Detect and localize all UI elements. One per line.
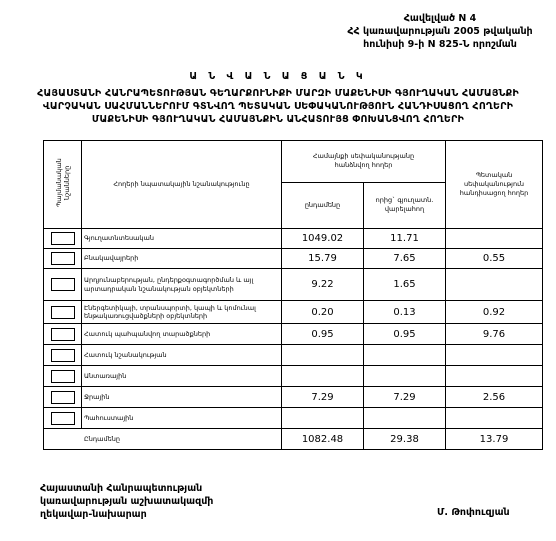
land-purpose: Բնակավայրերի	[82, 249, 282, 269]
area-of-which: 11.71	[364, 229, 446, 249]
legend-symbol-cell	[44, 301, 82, 324]
land-purpose: Գյուղատնտեսական	[82, 229, 282, 249]
area-state	[446, 345, 543, 366]
legend-swatch-icon	[51, 306, 75, 319]
area-total: 9.22	[282, 269, 364, 301]
header-symbols: Պայմանական նշանները	[44, 141, 82, 229]
table-row: Պահուստային	[44, 408, 543, 429]
signer-line-1: Հայաստանի Հանրապետության	[40, 482, 213, 495]
legend-swatch-icon	[51, 412, 75, 425]
annex-decree-date: հունիսի 9-ի N 825-Ն որոշման	[340, 38, 540, 51]
legend-symbol-cell	[44, 324, 82, 345]
signer-line-2: կառավարության աշխատակազմի	[40, 495, 213, 508]
totals-of-which: 29.38	[364, 429, 446, 450]
legend-symbol-cell	[44, 366, 82, 387]
area-state	[446, 229, 543, 249]
land-purpose: Ջրային	[82, 387, 282, 408]
totals-row: Ընդամենը 1082.48 29.38 13.79	[44, 429, 543, 450]
legend-swatch-icon	[51, 252, 75, 265]
area-total: 1049.02	[282, 229, 364, 249]
document-title: Ա Ն Վ Ա Ն Ա Ց Ա Ն Կ ՀԱՅԱՍՏԱՆԻ ՀԱՆՐԱՊԵՏՈՒ…	[0, 70, 556, 126]
land-purpose: Պահուստային	[82, 408, 282, 429]
header-total: ընդամենը	[282, 182, 364, 228]
land-purpose: Հատուկ նշանակության	[82, 345, 282, 366]
legend-swatch-icon	[51, 328, 75, 341]
land-table: Պայմանական նշանները Հողերի նպատակային նշ…	[43, 140, 543, 450]
legend-swatch-icon	[51, 232, 75, 245]
area-state	[446, 408, 543, 429]
legend-symbol-cell	[44, 408, 82, 429]
totals-label: Ընդամենը	[44, 429, 282, 450]
table-row: Էներգետիկայի, տրանսպորտի, կապի և կոմունա…	[44, 301, 543, 324]
legend-symbol-cell	[44, 249, 82, 269]
annex-decree-line: ՀՀ կառավարության 2005 թվականի	[340, 25, 540, 38]
area-total: 0.20	[282, 301, 364, 324]
signer-name: Մ. Թոփուզյան	[437, 507, 510, 518]
title-line-2: ՎԱՐՉԱԿԱՆ ՍԱՀՄԱՆՆԵՐՈՒՄ ԳՏՆՎՈՂ ՊԵՏԱԿԱՆ ՍԵՓ…	[0, 100, 556, 113]
title-line-1: ՀԱՅԱՍՏԱՆԻ ՀԱՆՐԱՊԵՏՈՒԹՅԱՆ ԳԵՂԱՐՔՈՒՆԻՔԻ ՄԱ…	[0, 87, 556, 100]
table-row: Բնակավայրերի15.797.650.55	[44, 249, 543, 269]
annex-reference: Հավելված N 4 ՀՀ կառավարության 2005 թվակա…	[340, 12, 540, 51]
legend-symbol-cell	[44, 269, 82, 301]
header-of-which: որից` գյուղատն. վարելահող	[364, 182, 446, 228]
area-of-which	[364, 408, 446, 429]
legend-swatch-icon	[51, 349, 75, 362]
area-of-which	[364, 366, 446, 387]
area-of-which: 7.65	[364, 249, 446, 269]
area-of-which: 0.95	[364, 324, 446, 345]
table-row: Հատուկ պահպանվող տարածքների0.950.959.76	[44, 324, 543, 345]
land-purpose: Անտառային	[82, 366, 282, 387]
table-row: Արդյունաբերության, ընդերքօգտագործման և ա…	[44, 269, 543, 301]
area-state	[446, 269, 543, 301]
title-heading: Ա Ն Վ Ա Ն Ա Ց Ա Ն Կ	[0, 70, 556, 83]
area-state: 2.56	[446, 387, 543, 408]
header-purpose: Հողերի նպատակային նշանակությունը	[82, 141, 282, 229]
title-line-3: ՄԱՔԵՆԻՍԻ ԳՅՈՒՂԱԿԱՆ ՀԱՄԱՅՆՔԻՆ ԱՆՀԱՏՈՒՅՑ Փ…	[0, 113, 556, 126]
legend-symbol-cell	[44, 387, 82, 408]
annex-number: Հավելված N 4	[340, 12, 540, 25]
legend-swatch-icon	[51, 391, 75, 404]
area-total	[282, 345, 364, 366]
area-state: 9.76	[446, 324, 543, 345]
area-total: 0.95	[282, 324, 364, 345]
land-purpose: Արդյունաբերության, ընդերքօգտագործման և ա…	[82, 269, 282, 301]
signer-title: Հայաստանի Հանրապետության կառավարության ա…	[40, 482, 213, 521]
header-state-lands: Պետական սեփականություն հանդիսացող հողեր	[446, 141, 543, 229]
land-purpose: Էներգետիկայի, տրանսպորտի, կապի և կոմունա…	[82, 301, 282, 324]
header-community-lands: Համայնքի սեփականությանը հանձնվող հողեր	[282, 141, 446, 183]
legend-swatch-icon	[51, 278, 75, 291]
legend-symbol-cell	[44, 229, 82, 249]
area-total: 15.79	[282, 249, 364, 269]
totals-state: 13.79	[446, 429, 543, 450]
area-of-which: 7.29	[364, 387, 446, 408]
area-total	[282, 408, 364, 429]
table-row: Հատուկ նշանակության	[44, 345, 543, 366]
table-row: Ջրային7.297.292.56	[44, 387, 543, 408]
signer-line-3: ղեկավար-նախարար	[40, 508, 213, 521]
table-row: Գյուղատնտեսական1049.0211.71	[44, 229, 543, 249]
area-of-which: 0.13	[364, 301, 446, 324]
area-of-which: 1.65	[364, 269, 446, 301]
totals-total: 1082.48	[282, 429, 364, 450]
area-total	[282, 366, 364, 387]
legend-symbol-cell	[44, 345, 82, 366]
area-state	[446, 366, 543, 387]
table-row: Անտառային	[44, 366, 543, 387]
area-of-which	[364, 345, 446, 366]
land-purpose: Հատուկ պահպանվող տարածքների	[82, 324, 282, 345]
legend-swatch-icon	[51, 370, 75, 383]
area-state: 0.55	[446, 249, 543, 269]
area-state: 0.92	[446, 301, 543, 324]
area-total: 7.29	[282, 387, 364, 408]
